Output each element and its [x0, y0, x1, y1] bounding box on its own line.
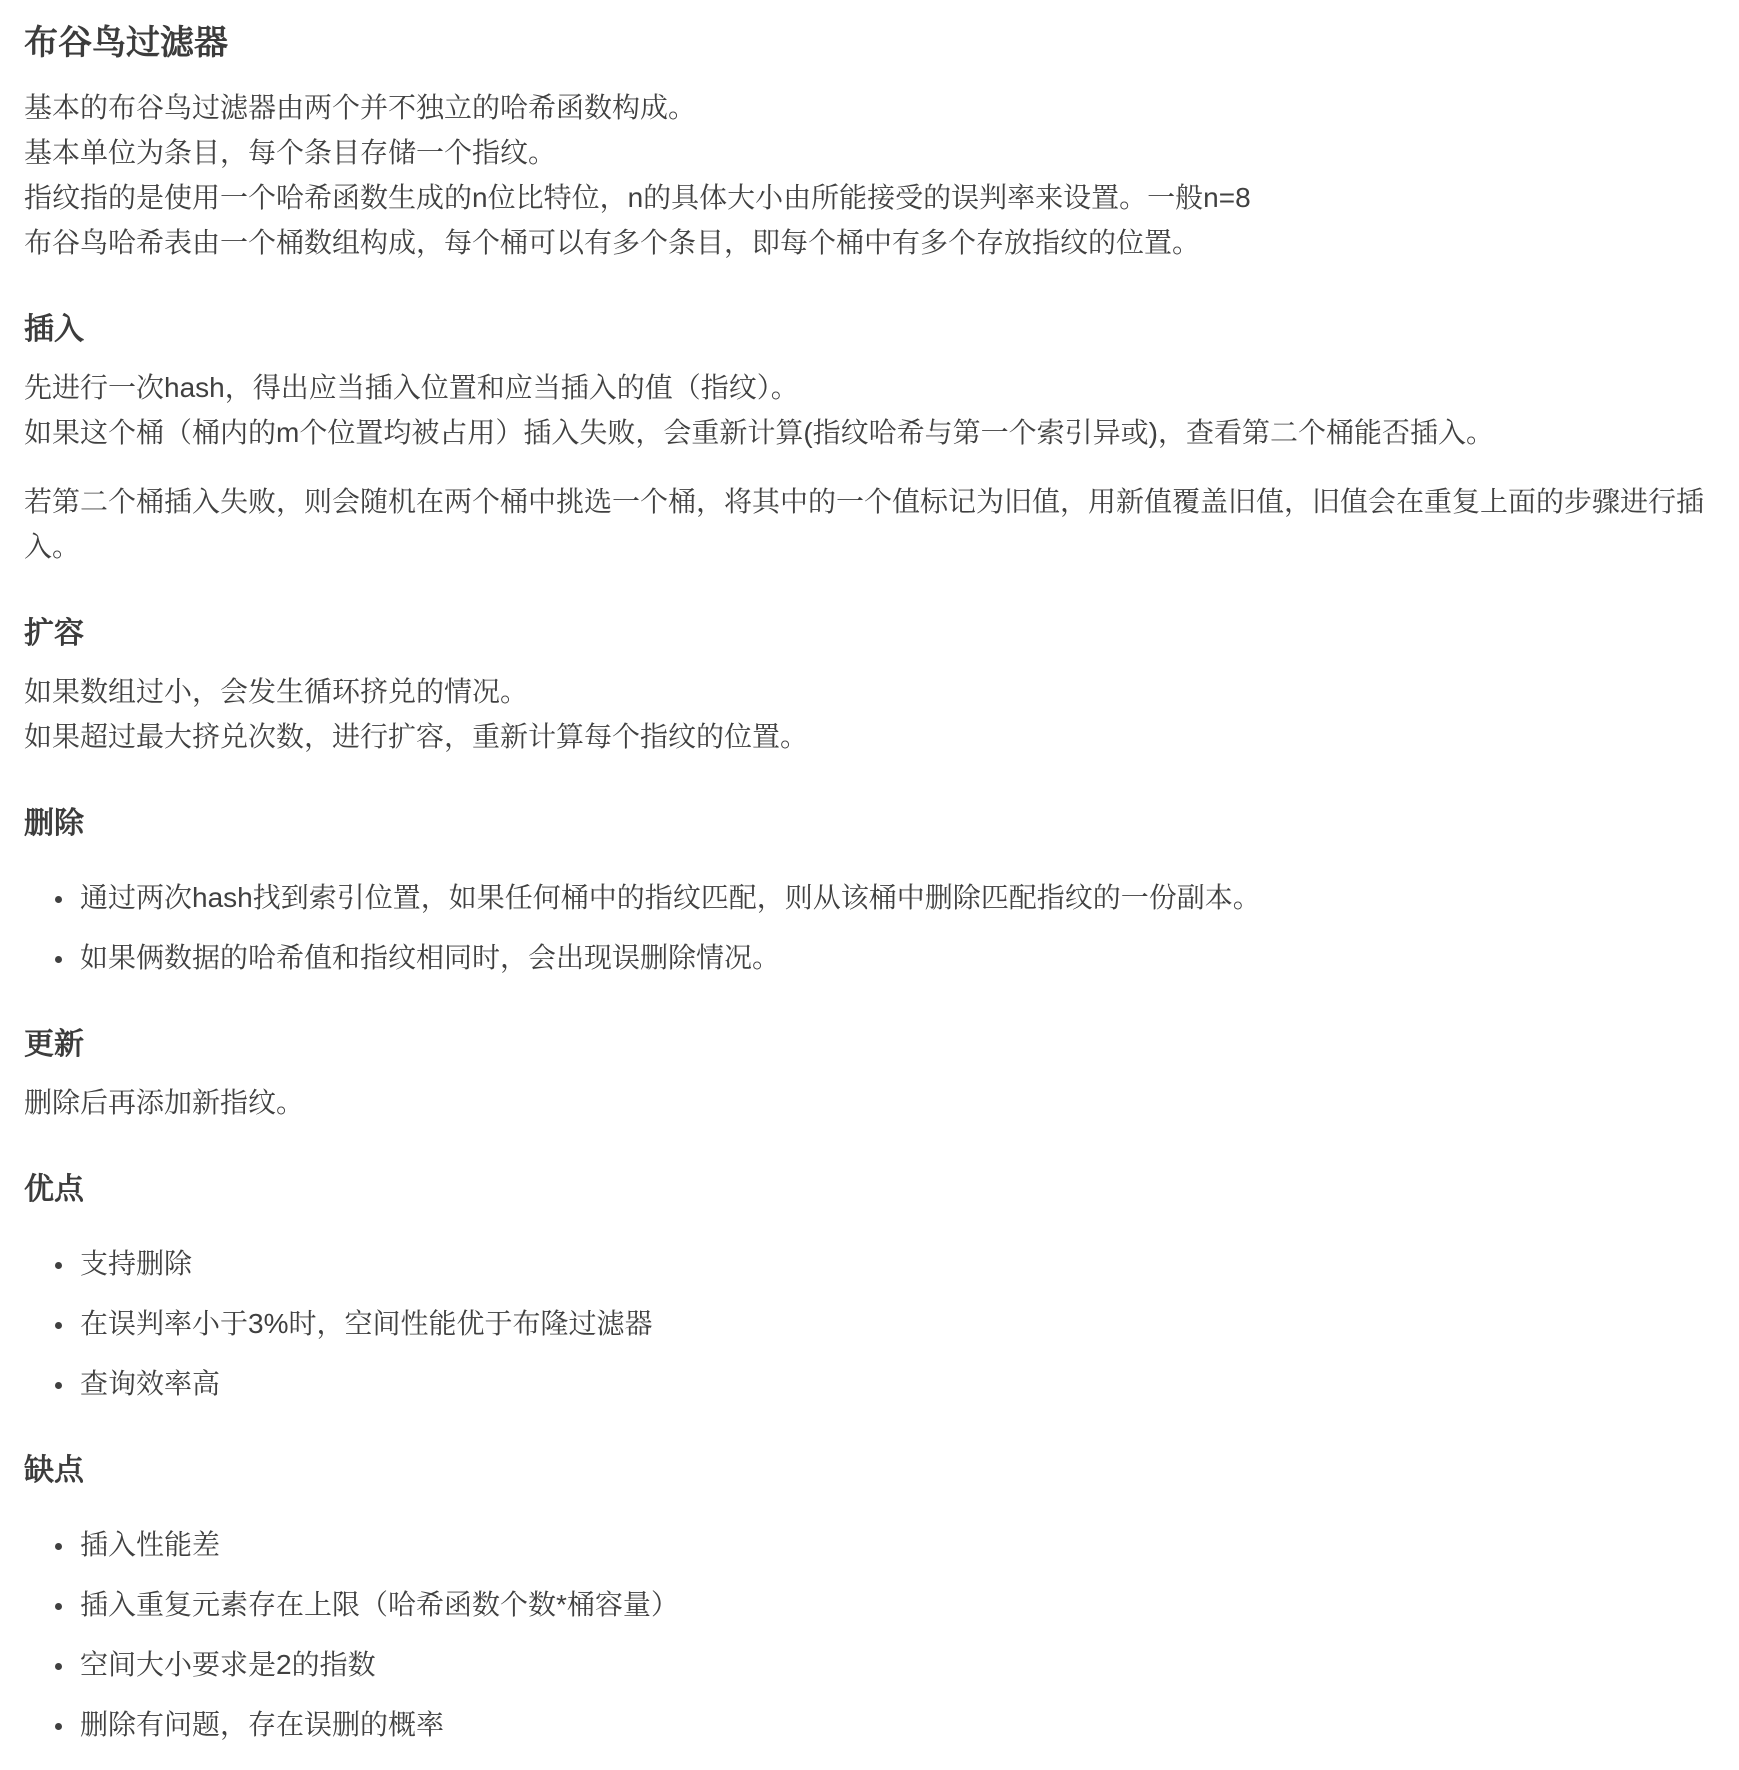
list-item: 删除有问题，存在误删的概率: [76, 1702, 1713, 1747]
list-item: 如果俩数据的哈希值和指纹相同时，会出现误删除情况。: [76, 935, 1713, 980]
intro-paragraph: 基本的布谷鸟过滤器由两个并不独立的哈希函数构成。 基本单位为条目，每个条目存储一…: [24, 85, 1713, 265]
list-item: 插入性能差: [76, 1522, 1713, 1567]
list-item: 插入重复元素存在上限（哈希函数个数*桶容量）: [76, 1582, 1713, 1627]
expand-line: 如果数组过小，会发生循环挤兑的情况。: [24, 669, 1713, 714]
section-heading-update: 更新: [24, 1024, 1713, 1066]
section-heading-expand: 扩容: [24, 613, 1713, 655]
intro-line: 布谷鸟哈希表由一个桶数组构成，每个桶可以有多个条目，即每个桶中有多个存放指纹的位…: [24, 220, 1713, 265]
page-title: 布谷鸟过滤器: [24, 22, 1713, 65]
intro-line: 指纹指的是使用一个哈希函数生成的n位比特位，n的具体大小由所能接受的误判率来设置…: [24, 175, 1713, 220]
insert-paragraph-1: 先进行一次hash，得出应当插入位置和应当插入的值（指纹）。 如果这个桶（桶内的…: [24, 365, 1713, 455]
list-item: 通过两次hash找到索引位置，如果任何桶中的指纹匹配，则从该桶中删除匹配指纹的一…: [76, 875, 1713, 920]
section-insert: 插入 先进行一次hash，得出应当插入位置和应当插入的值（指纹）。 如果这个桶（…: [24, 309, 1713, 569]
insert-paragraph-2: 若第二个桶插入失败，则会随机在两个桶中挑选一个桶，将其中的一个值标记为旧值，用新…: [24, 479, 1713, 569]
update-paragraph: 删除后再添加新指纹。: [24, 1080, 1713, 1125]
intro-line: 基本的布谷鸟过滤器由两个并不独立的哈希函数构成。: [24, 85, 1713, 130]
section-heading-cons: 缺点: [24, 1450, 1713, 1492]
section-heading-pros: 优点: [24, 1169, 1713, 1211]
list-item: 查询效率高: [76, 1361, 1713, 1406]
section-delete: 删除 通过两次hash找到索引位置，如果任何桶中的指纹匹配，则从该桶中删除匹配指…: [24, 803, 1713, 980]
section-update: 更新 删除后再添加新指纹。: [24, 1024, 1713, 1125]
section-pros: 优点 支持删除 在误判率小于3%时，空间性能优于布隆过滤器 查询效率高: [24, 1169, 1713, 1406]
list-item: 空间大小要求是2的指数: [76, 1642, 1713, 1687]
delete-list: 通过两次hash找到索引位置，如果任何桶中的指纹匹配，则从该桶中删除匹配指纹的一…: [24, 875, 1713, 980]
section-cons: 缺点 插入性能差 插入重复元素存在上限（哈希函数个数*桶容量） 空间大小要求是2…: [24, 1450, 1713, 1747]
document: 布谷鸟过滤器 基本的布谷鸟过滤器由两个并不独立的哈希函数构成。 基本单位为条目，…: [24, 22, 1713, 1747]
cons-list: 插入性能差 插入重复元素存在上限（哈希函数个数*桶容量） 空间大小要求是2的指数…: [24, 1522, 1713, 1747]
expand-paragraph: 如果数组过小，会发生循环挤兑的情况。 如果超过最大挤兑次数，进行扩容，重新计算每…: [24, 669, 1713, 759]
section-heading-insert: 插入: [24, 309, 1713, 351]
expand-line: 如果超过最大挤兑次数，进行扩容，重新计算每个指纹的位置。: [24, 714, 1713, 759]
insert-line: 如果这个桶（桶内的m个位置均被占用）插入失败，会重新计算(指纹哈希与第一个索引异…: [24, 410, 1713, 455]
section-expand: 扩容 如果数组过小，会发生循环挤兑的情况。 如果超过最大挤兑次数，进行扩容，重新…: [24, 613, 1713, 759]
insert-line: 先进行一次hash，得出应当插入位置和应当插入的值（指纹）。: [24, 365, 1713, 410]
list-item: 支持删除: [76, 1241, 1713, 1286]
pros-list: 支持删除 在误判率小于3%时，空间性能优于布隆过滤器 查询效率高: [24, 1241, 1713, 1406]
list-item: 在误判率小于3%时，空间性能优于布隆过滤器: [76, 1301, 1713, 1346]
section-heading-delete: 删除: [24, 803, 1713, 845]
intro-line: 基本单位为条目，每个条目存储一个指纹。: [24, 130, 1713, 175]
